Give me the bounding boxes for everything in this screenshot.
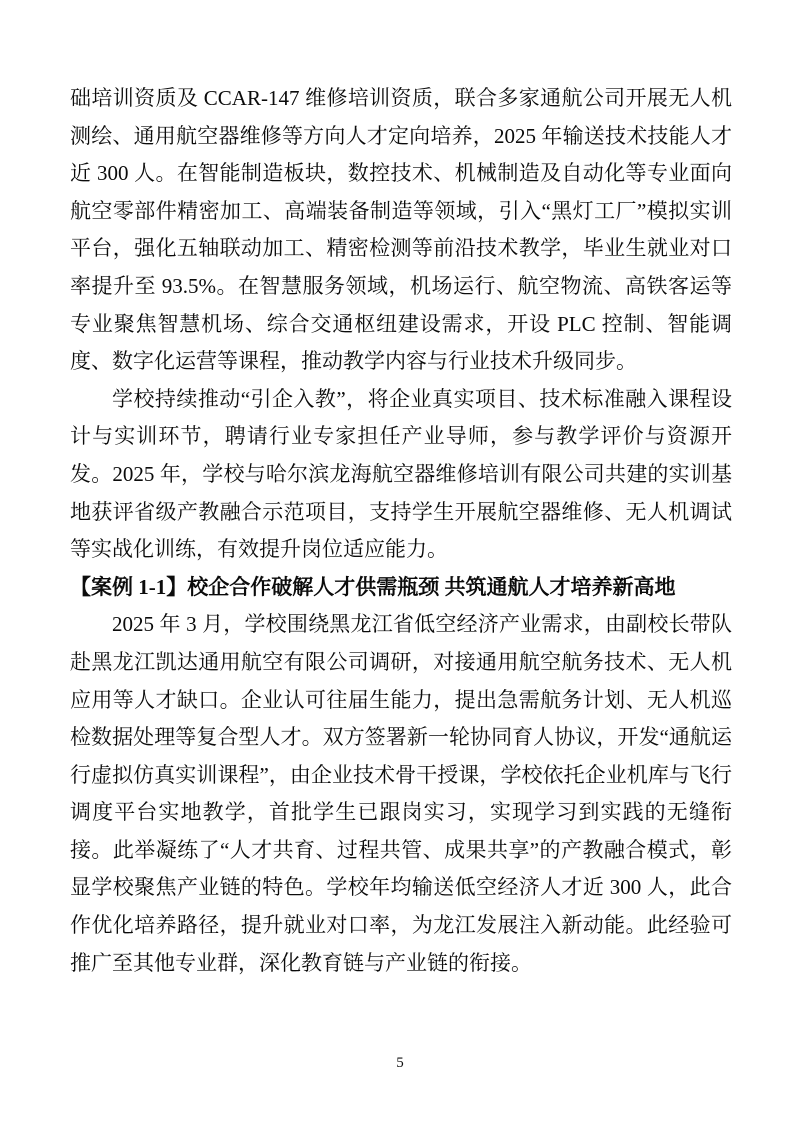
document-page: 础培训资质及 CCAR-147 维修培训资质，联合多家通航公司开展无人机测绘、通… xyxy=(0,0,800,1131)
body-paragraph: 2025 年 3 月，学校围绕黑龙江省低空经济产业需求，由副校长带队赴黑龙江凯达… xyxy=(70,606,732,982)
body-paragraph-continuation: 础培训资质及 CCAR-147 维修培训资质，联合多家通航公司开展无人机测绘、通… xyxy=(70,80,732,381)
page-number: 5 xyxy=(0,1053,800,1073)
case-heading: 【案例 1-1】校企合作破解人才供需瓶颈 共筑通航人才培养新高地 xyxy=(70,569,732,607)
body-paragraph: 学校持续推动“引企入教”，将企业真实项目、技术标准融入课程设计与实训环节，聘请行… xyxy=(70,381,732,569)
